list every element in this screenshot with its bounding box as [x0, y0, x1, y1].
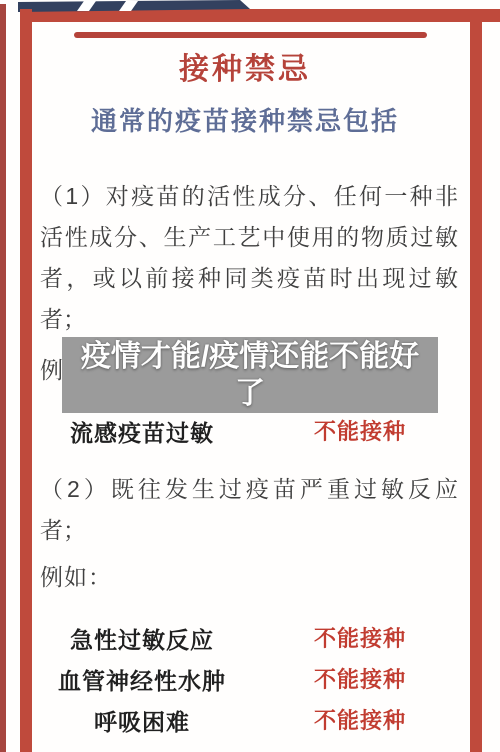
vaccine-contraindication-poster: 接种禁忌 通常的疫苗接种禁忌包括 （1）对疫苗的活性成分、任何一种非 活性成分、… [0, 0, 500, 752]
row-status-badge: 不能接种 [300, 622, 420, 653]
paragraph-line: （1）对疫苗的活性成分、任何一种非 [40, 176, 458, 217]
page-title: 接种禁忌 [32, 44, 458, 88]
frame-left-border [20, 9, 32, 752]
caption-text-line-1: 疫情才能/疫情还能不能好 [81, 338, 419, 375]
row-status-badge: 不能接种 [300, 415, 420, 446]
row-status-badge: 不能接种 [300, 704, 420, 735]
paragraph-line: 者，或以前接种同类疫苗时出现过敏 [40, 258, 458, 299]
row-label-acute-allergic-reaction: 急性过敏反应 [42, 622, 242, 655]
paragraph-line: 者； [40, 510, 458, 551]
caption-text-line-2: 了 [235, 375, 265, 412]
section-2-paragraph: （2）既往发生过疫苗严重过敏反应 者； [40, 469, 458, 551]
paragraph-line: 者； [40, 299, 458, 340]
top-ribbon-decoration [0, 0, 500, 26]
video-caption-overlay: 疫情才能/疫情还能不能好 了 [62, 337, 438, 413]
paragraph-line: （2）既往发生过疫苗严重过敏反应 [40, 469, 458, 510]
paragraph-line: 活性成分、生产工艺中使用的物质过敏 [40, 217, 458, 258]
row-status-badge: 不能接种 [300, 663, 420, 694]
frame-right-border [470, 9, 482, 752]
section-1-paragraph: （1）对疫苗的活性成分、任何一种非 活性成分、生产工艺中使用的物质过敏 者，或以… [40, 176, 458, 340]
page-subtitle: 通常的疫苗接种禁忌包括 [32, 101, 458, 138]
example-label-2: 例如： [40, 559, 112, 592]
row-label-angioneurotic-edema: 血管神经性水肿 [42, 663, 242, 696]
title-divider-line [74, 32, 427, 38]
row-label-dyspnea: 呼吸困难 [42, 704, 242, 737]
row-label-flu-vaccine-allergy: 流感疫苗过敏 [42, 415, 242, 448]
left-edge-stripe [0, 4, 6, 752]
